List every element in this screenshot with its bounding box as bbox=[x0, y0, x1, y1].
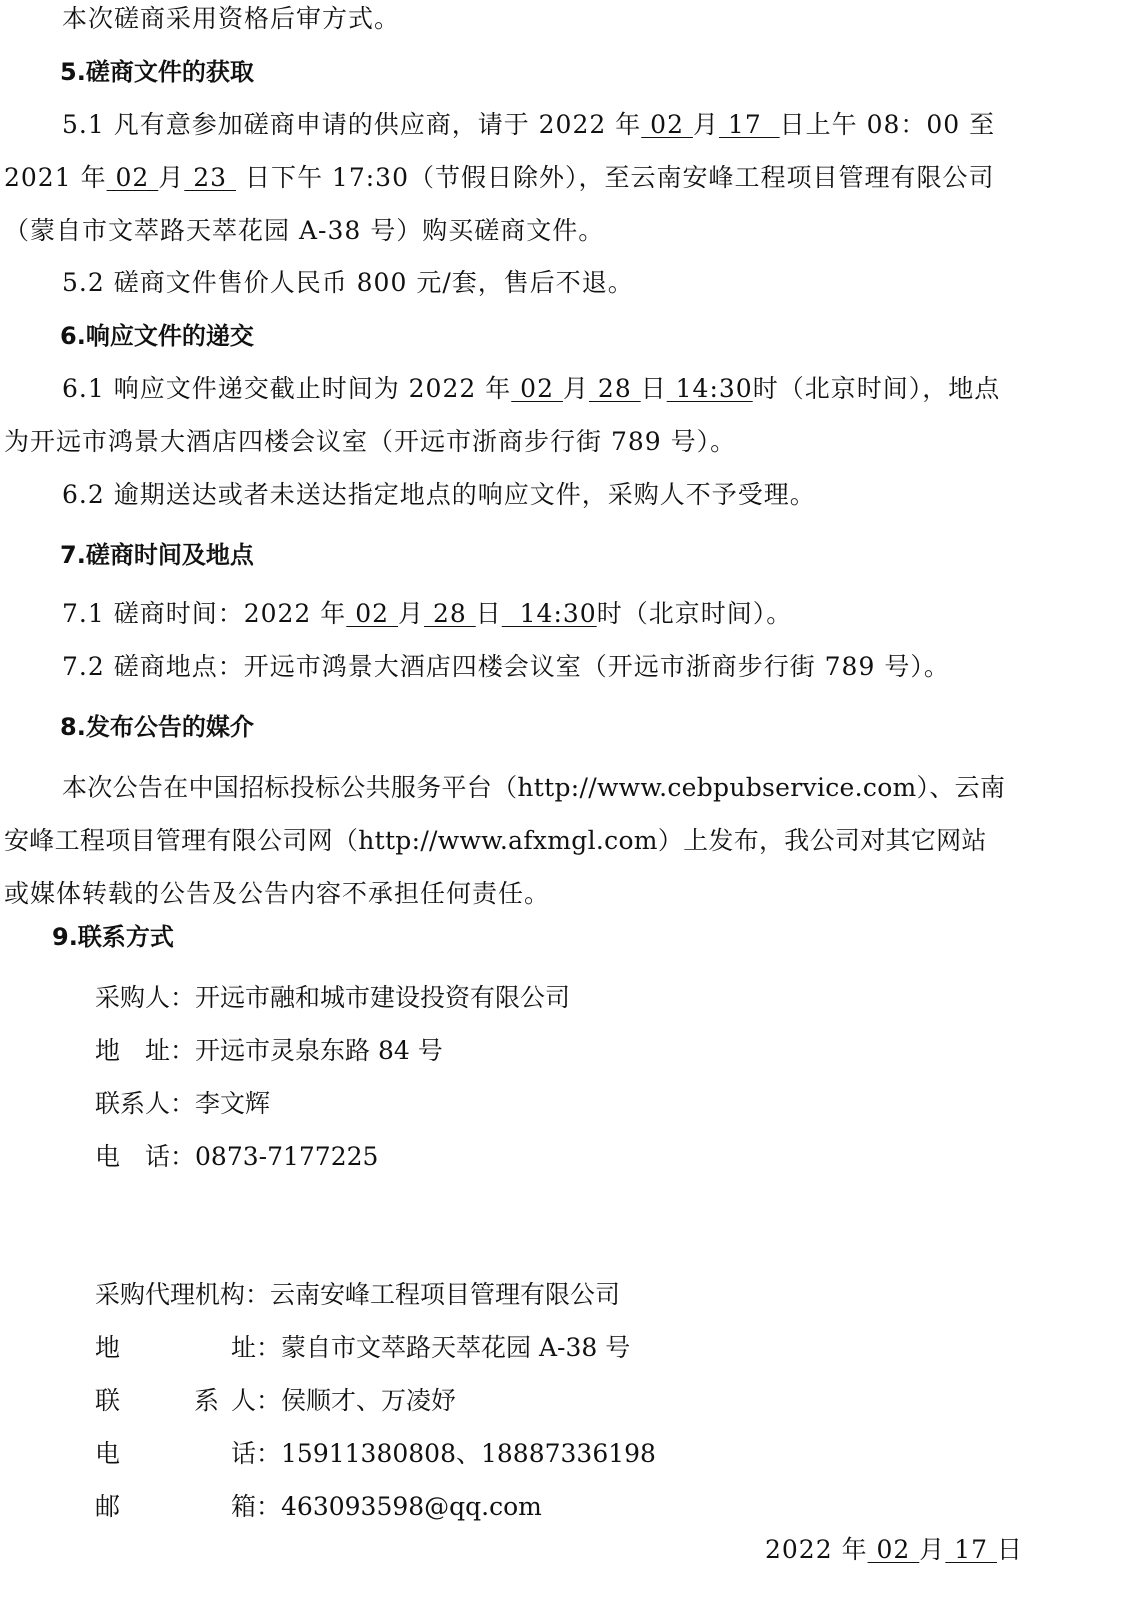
section-7-title: 7.磋商时间及地点 bbox=[60, 540, 254, 570]
date-month: 02 bbox=[868, 1535, 920, 1564]
field-value: 侯顺才、万凌妤 bbox=[281, 1386, 456, 1415]
field-label-suffix: 址： bbox=[231, 1333, 281, 1362]
underlined-day: 17 bbox=[719, 110, 780, 139]
text: 日 bbox=[997, 1535, 1023, 1564]
field-label-suffix: ： bbox=[245, 1280, 270, 1309]
agency-email-row: 邮箱：463093598@qq.com bbox=[95, 1492, 542, 1522]
text: 日 bbox=[641, 374, 667, 403]
agency-contact-row: 联 系人：侯顺才、万凌妤 bbox=[95, 1386, 456, 1416]
text: 2021 年 bbox=[4, 163, 107, 192]
text: 月 bbox=[398, 599, 424, 628]
underlined-time: 14:30 bbox=[502, 599, 597, 628]
section-6-title: 6.响应文件的递交 bbox=[60, 321, 254, 351]
section-7-2: 7.2 磋商地点：开远市鸿景大酒店四楼会议室（开远市浙商步行街 789 号）。 bbox=[62, 652, 950, 682]
date-year: 2022 年 bbox=[765, 1535, 868, 1564]
field-label-suffix: 话： bbox=[231, 1439, 281, 1468]
agency-phone-row: 电话：15911380808、18887336198 bbox=[95, 1439, 656, 1469]
section-8-line-2: 安峰工程项目管理有限公司网（http://www.afxmgl.com）上发布，… bbox=[4, 826, 987, 856]
purchaser-contact-row: 联系人：李文辉 bbox=[95, 1089, 270, 1119]
underlined-day: 23 bbox=[184, 163, 236, 192]
section-5-1-line-2: 2021 年 02 月 23 日下午 17:30（节假日除外），至云南安峰工程项… bbox=[4, 163, 994, 193]
section-5-1-line-3: （蒙自市文萃路天萃花园 A-38 号）购买磋商文件。 bbox=[4, 216, 604, 246]
section-6-1-line-1: 6.1 响应文件递交截止时间为 2022 年 02 月 28 日 14:30时（… bbox=[62, 374, 1000, 404]
intro-paragraph: 本次磋商采用资格后审方式。 bbox=[62, 4, 400, 34]
section-8-line-1: 本次公告在中国招标投标公共服务平台（http://www.cebpubservi… bbox=[62, 773, 1005, 803]
text: 时（北京时间）。 bbox=[597, 599, 793, 628]
field-label: 电 话： bbox=[95, 1142, 195, 1171]
field-value: 蒙自市文萃路天萃花园 A-38 号 bbox=[281, 1333, 630, 1362]
text: 日下午 17:30（节假日除外），至云南安峰工程项目管理有限公司 bbox=[236, 163, 994, 192]
text: 月 bbox=[158, 163, 184, 192]
field-value: 463093598@qq.com bbox=[281, 1492, 542, 1521]
text: 月 bbox=[563, 374, 589, 403]
field-label: 联 系 bbox=[95, 1386, 231, 1416]
agency-name-row: 采购代理机构：云南安峰工程项目管理有限公司 bbox=[95, 1280, 620, 1310]
section-8-line-3: 或媒体转载的公告及公告内容不承担任何责任。 bbox=[4, 879, 550, 909]
field-value: 15911380808、18887336198 bbox=[281, 1439, 656, 1468]
underlined-day: 28 bbox=[424, 599, 476, 628]
field-label-suffix: 人： bbox=[231, 1386, 281, 1415]
field-label: 地 bbox=[95, 1333, 231, 1363]
text: 日上午 08：00 至 bbox=[780, 110, 996, 139]
agency-address-row: 地址：蒙自市文萃路天萃花园 A-38 号 bbox=[95, 1333, 630, 1363]
date-day: 17 bbox=[945, 1535, 997, 1564]
section-8-title: 8.发布公告的媒介 bbox=[60, 712, 254, 742]
field-label: 联系人： bbox=[95, 1089, 195, 1118]
text: 月 bbox=[919, 1535, 945, 1564]
underlined-month: 02 bbox=[641, 110, 693, 139]
field-value: 云南安峰工程项目管理有限公司 bbox=[270, 1280, 620, 1309]
field-label: 采购代理机构 bbox=[95, 1280, 245, 1309]
text: 日 bbox=[476, 599, 502, 628]
field-value: 李文辉 bbox=[195, 1089, 270, 1118]
section-5-1-line-1: 5.1 凡有意参加磋商申请的供应商，请于 2022 年 02 月 17 日上午 … bbox=[62, 110, 995, 140]
purchaser-phone-row: 电 话：0873-7177225 bbox=[95, 1142, 378, 1172]
field-label: 采购人： bbox=[95, 983, 195, 1012]
field-label: 邮 bbox=[95, 1492, 231, 1522]
section-7-1: 7.1 磋商时间：2022 年 02 月 28 日 14:30时（北京时间）。 bbox=[62, 599, 792, 629]
underlined-day: 28 bbox=[589, 374, 641, 403]
underlined-month: 02 bbox=[511, 374, 563, 403]
purchaser-name-row: 采购人：开远市融和城市建设投资有限公司 bbox=[95, 983, 570, 1013]
field-value: 开远市灵泉东路 84 号 bbox=[195, 1036, 443, 1065]
document-date: 2022 年 02 月 17 日 bbox=[765, 1535, 1023, 1565]
field-label: 电 bbox=[95, 1439, 231, 1469]
text: 7.1 磋商时间：2022 年 bbox=[62, 599, 346, 628]
text: 月 bbox=[693, 110, 719, 139]
section-6-2: 6.2 逾期送达或者未送达指定地点的响应文件，采购人不予受理。 bbox=[62, 480, 816, 510]
text: 5.1 凡有意参加磋商申请的供应商，请于 2022 年 bbox=[62, 110, 641, 139]
field-value: 开远市融和城市建设投资有限公司 bbox=[195, 983, 570, 1012]
field-label-suffix: 箱： bbox=[231, 1492, 281, 1521]
section-5-2: 5.2 磋商文件售价人民币 800 元/套，售后不退。 bbox=[62, 268, 634, 298]
text: 6.1 响应文件递交截止时间为 2022 年 bbox=[62, 374, 511, 403]
section-5-title: 5.磋商文件的获取 bbox=[60, 57, 254, 87]
field-value: 0873-7177225 bbox=[195, 1142, 378, 1171]
text: 时（北京时间），地点 bbox=[753, 374, 1001, 403]
underlined-time: 14:30 bbox=[667, 374, 753, 403]
field-label: 地 址： bbox=[95, 1036, 195, 1065]
underlined-month: 02 bbox=[346, 599, 398, 628]
section-9-title: 9.联系方式 bbox=[52, 922, 174, 952]
underlined-month: 02 bbox=[107, 163, 159, 192]
purchaser-address-row: 地 址：开远市灵泉东路 84 号 bbox=[95, 1036, 443, 1066]
section-6-1-line-2: 为开远市鸿景大酒店四楼会议室（开远市浙商步行街 789 号）。 bbox=[4, 427, 736, 457]
